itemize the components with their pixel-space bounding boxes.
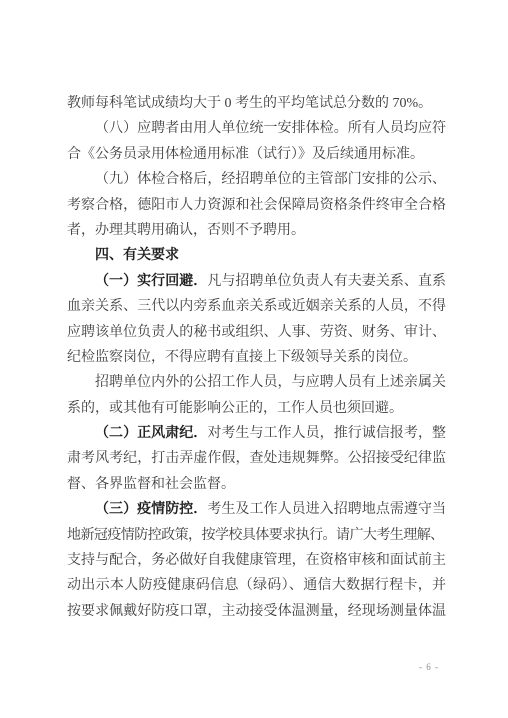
- document-body: 教师每科笔试成绩均大于 0 考生的平均笔试总分数的 70%。 （八）应聘者由用人…: [67, 91, 446, 624]
- line-text-segment: 对考生与工作人员，推行诚信报考，整: [207, 426, 446, 441]
- text-line: （二）正风肃纪．对考生与工作人员，推行诚信报考，整: [67, 421, 446, 446]
- text-line: 地新冠疫情防控政策，按学校具体要求执行。请广大考生理解、: [67, 523, 446, 548]
- line-text-segment: 地新冠疫情防控政策，按学校具体要求执行。请广大考生理解、: [67, 528, 444, 543]
- text-line: （三）疫情防控．考生及工作人员进入招聘地点需遵守当: [67, 497, 446, 522]
- line-bold-segment: （三）疫情防控．: [95, 502, 207, 517]
- line-text-segment: 教师每科笔试成绩均大于 0 考生的平均笔试总分数的 70%。: [67, 96, 432, 111]
- text-line: 教师每科笔试成绩均大于 0 考生的平均笔试总分数的 70%。: [67, 91, 446, 116]
- line-text-segment: 者，办理其聘用确认，否则不予聘用。: [67, 223, 305, 238]
- document-page: 教师每科笔试成绩均大于 0 考生的平均笔试总分数的 70%。 （八）应聘者由用人…: [0, 0, 508, 718]
- text-line: （九）体检合格后，经招聘单位的主管部门安排的公示、: [67, 167, 446, 192]
- text-line: （一）实行回避．凡与招聘单位负责人有夫妻关系、直系: [67, 269, 446, 294]
- text-line: 应聘该单位负责人的秘书或组织、人事、劳资、财务、审计、: [67, 320, 446, 345]
- line-bold-segment: （二）正风肃纪．: [95, 426, 207, 441]
- line-text-segment: 纪检监察岗位，不得应聘有直接上下级领导关系的岗位。: [67, 350, 417, 365]
- text-line: 肃考风考纪，打击弄虚作假，查处违规舞弊。公招接受纪律监: [67, 446, 446, 471]
- line-text-segment: 凡与招聘单位负责人有夫妻关系、直系: [207, 274, 446, 289]
- text-line: 纪检监察岗位，不得应聘有直接上下级领导关系的岗位。: [67, 345, 446, 370]
- line-text-segment: 支持与配合，务必做好自我健康管理，在资格审核和面试前主: [67, 553, 446, 568]
- text-line: 按要求佩戴好防疫口罩，主动接受体温测量，经现场测量体温: [67, 599, 446, 624]
- line-text-segment: （八）应聘者由用人单位统一安排体检。所有人员均应符: [95, 121, 446, 136]
- text-line: 系的，或其他有可能影响公正的，工作人员也须回避。: [67, 396, 446, 421]
- line-text-segment: 应聘该单位负责人的秘书或组织、人事、劳资、财务、审计、: [67, 325, 446, 340]
- text-line: 督、各界监督和社会监督。: [67, 472, 446, 497]
- line-text-segment: 肃考风考纪，打击弄虚作假，查处违规舞弊。公招接受纪律监: [67, 451, 446, 466]
- line-bold-segment: （一）实行回避．: [95, 274, 207, 289]
- line-text-segment: 考生及工作人员进入招聘地点需遵守当: [207, 502, 446, 517]
- line-text-segment: （九）体检合格后，经招聘单位的主管部门安排的公示、: [95, 172, 446, 187]
- line-text-segment: 考察合格，德阳市人力资源和社会保障局资格条件终审全合格: [67, 198, 446, 213]
- line-bold-segment: 四、有关要求: [95, 248, 179, 263]
- line-text-segment: 合《公务员录用体检通用标准（试行）》及后续通用标准。: [67, 147, 424, 162]
- line-text-segment: 招聘单位内外的公招工作人员，与应聘人员有上述亲属关: [95, 375, 446, 390]
- text-line: 者，办理其聘用确认，否则不予聘用。: [67, 218, 446, 243]
- text-line: 招聘单位内外的公招工作人员，与应聘人员有上述亲属关: [67, 370, 446, 395]
- line-text-segment: 督、各界监督和社会监督。: [67, 477, 235, 492]
- section-heading: 四、有关要求: [67, 243, 446, 268]
- line-text-segment: 系的，或其他有可能影响公正的，工作人员也须回避。: [67, 401, 403, 416]
- text-line: 考察合格，德阳市人力资源和社会保障局资格条件终审全合格: [67, 193, 446, 218]
- text-line: 支持与配合，务必做好自我健康管理，在资格审核和面试前主: [67, 548, 446, 573]
- text-line: （八）应聘者由用人单位统一安排体检。所有人员均应符: [67, 116, 446, 141]
- line-text-segment: 血亲关系、三代以内旁系血亲关系或近姻亲关系的人员，不得: [67, 299, 446, 314]
- line-text-segment: 动出示本人防疫健康码信息（绿码）、通信大数据行程卡，并: [67, 578, 446, 593]
- line-text-segment: 按要求佩戴好防疫口罩，主动接受体温测量，经现场测量体温: [67, 604, 446, 619]
- page-number: - 6 -: [419, 662, 439, 672]
- text-line: 血亲关系、三代以内旁系血亲关系或近姻亲关系的人员，不得: [67, 294, 446, 319]
- text-line: 动出示本人防疫健康码信息（绿码）、通信大数据行程卡，并: [67, 573, 446, 598]
- text-line: 合《公务员录用体检通用标准（试行）》及后续通用标准。: [67, 142, 446, 167]
